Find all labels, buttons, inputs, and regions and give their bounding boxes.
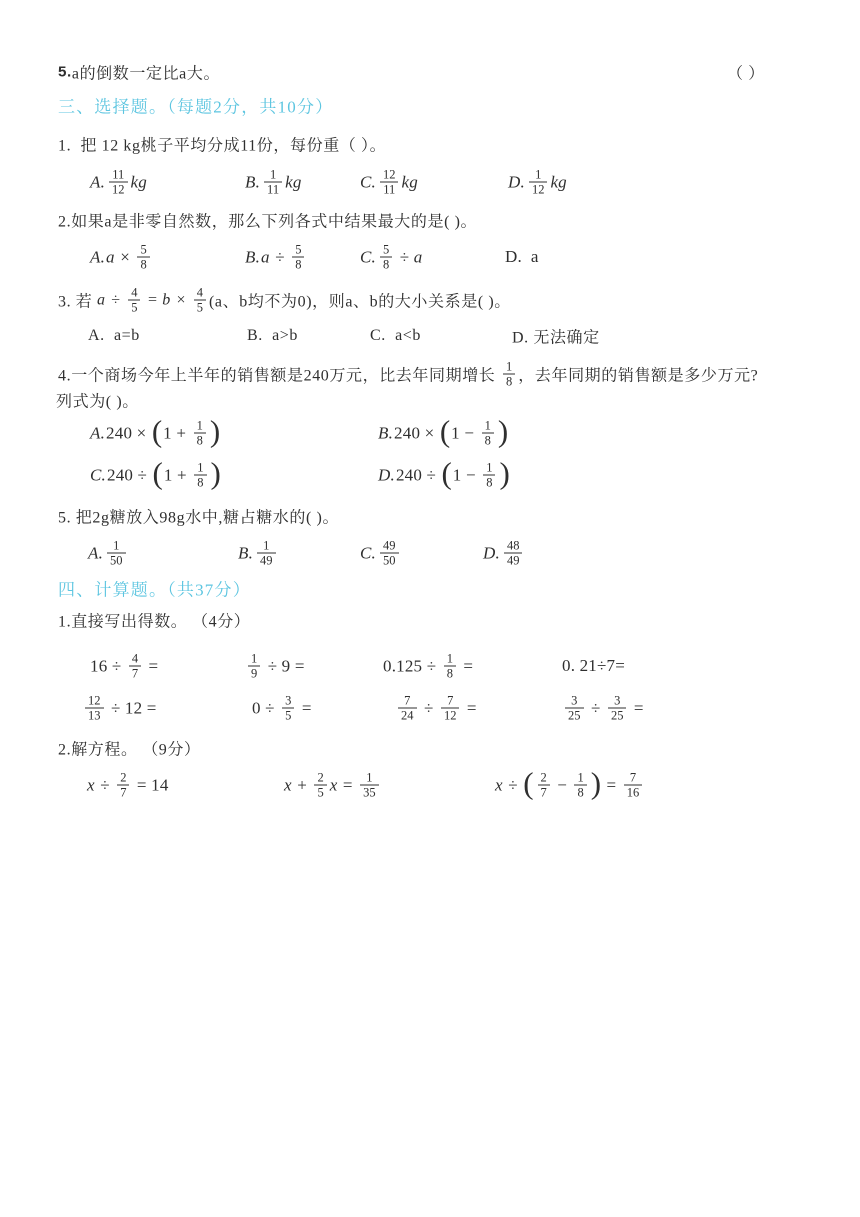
math-variable: kg [285, 172, 302, 192]
fraction: 4950 [380, 539, 399, 568]
text-run: 16 ÷ [90, 656, 126, 676]
numerator: 1 [503, 360, 515, 374]
choice-q2-options-item-0: A.a × 58 [90, 243, 153, 272]
numerator: 1 [483, 461, 495, 475]
text-run: 240 × [106, 423, 151, 443]
numerator: 1 [532, 168, 544, 182]
fraction: 25 [314, 771, 326, 800]
text-run: ÷ [420, 698, 438, 718]
text-run: 240 ÷ [396, 465, 441, 485]
numerator: 12 [85, 694, 104, 708]
math-variable: D. [508, 172, 526, 192]
big-paren: ( [441, 461, 451, 487]
text-run: 1 + [164, 465, 191, 485]
text-run: C. a<b [370, 327, 421, 345]
math-variable: A. [90, 423, 106, 443]
text-run: + [293, 775, 312, 795]
fraction: 58 [292, 243, 304, 272]
text-run: D. 无法确定 [512, 325, 600, 348]
text-run: 1.直接写出得数。 （4分） [58, 609, 250, 632]
math-variable: C. [360, 172, 377, 192]
numerator: 5 [292, 243, 304, 257]
text-run: = [297, 698, 311, 718]
text-run: ÷ [587, 698, 605, 718]
numerator: 3 [611, 694, 623, 708]
numerator: 7 [401, 694, 413, 708]
numerator: 3 [282, 694, 294, 708]
choice-q4-options-row1-item-1: B.240 × (1 − 18) [378, 419, 509, 448]
choice-q2-options-item-1: B.a ÷ 58 [245, 243, 307, 272]
text-run: 5. 把2g糖放入98g水中,糖占糖水的( )。 [58, 505, 339, 528]
numerator: 1 [482, 419, 494, 433]
fraction: 4849 [504, 539, 523, 568]
calc-part1-header-item-0: 1.直接写出得数。 （4分） [58, 609, 250, 632]
text-run: 列式为( )。 [56, 389, 139, 412]
denominator: 35 [360, 785, 379, 800]
big-paren: ) [211, 461, 221, 487]
math-variable: x [495, 775, 504, 795]
big-paren: ( [523, 771, 533, 797]
fraction: 112 [529, 168, 548, 197]
fraction: 18 [194, 461, 206, 490]
text-run: = [144, 656, 158, 676]
math-variable: C. [90, 465, 107, 485]
fraction: 19 [248, 652, 260, 681]
math-variable: x [330, 775, 339, 795]
numerator: 49 [380, 539, 399, 553]
equations-row-item-2: x ÷ (27 − 18) = 716 [495, 771, 645, 800]
text-run: B. a>b [247, 327, 298, 345]
denominator: 8 [482, 433, 494, 448]
fraction: 58 [380, 243, 392, 272]
denominator: 11 [264, 182, 282, 197]
numerator: 4 [129, 652, 141, 666]
fraction: 150 [107, 539, 126, 568]
denominator: 8 [483, 475, 495, 490]
text-run: × [116, 247, 135, 267]
numerator: 2 [538, 771, 550, 785]
fraction: 716 [624, 771, 643, 800]
math-variable: b [162, 291, 172, 309]
fraction: 47 [129, 652, 141, 681]
text-run: ，去年同期的销售额是多少万元? [518, 363, 758, 386]
denominator: 8 [444, 666, 456, 681]
denominator: 11 [380, 182, 398, 197]
denominator: 8 [194, 475, 206, 490]
text-run: 1. 把 12 kg桃子平均分成11份，每份重（ ）。 [58, 133, 386, 156]
denominator: 7 [129, 666, 141, 681]
text-run: a的倒数一定比a大。 [72, 61, 220, 84]
choice-q3-options-item-1: B. a>b [247, 327, 298, 345]
denominator: 8 [137, 257, 149, 272]
text-run: 240 ÷ [107, 465, 152, 485]
fraction: 35 [282, 694, 294, 723]
denominator: 25 [565, 708, 584, 723]
fraction: 325 [565, 694, 584, 723]
text-run: (a、b均不为0)，则a、b的大小关系是( )。 [209, 289, 511, 312]
numerator: 1 [194, 419, 206, 433]
text-run: 4.一个商场今年上半年的销售额是240万元，比去年同期增长 [58, 363, 500, 386]
fraction: 1213 [85, 694, 104, 723]
math-variable: a [106, 247, 116, 267]
math-variable: kg [402, 172, 419, 192]
math-variable: x [87, 775, 96, 795]
numerator: 12 [380, 168, 399, 182]
fraction: 58 [137, 243, 149, 272]
math-variable: B. [238, 543, 254, 563]
denominator: 8 [503, 374, 515, 389]
question-number: 5. [58, 64, 72, 81]
text-run: ÷ 12 = [107, 698, 157, 718]
numerator: 1 [110, 539, 122, 553]
choice-q3-options-item-3: D. 无法确定 [512, 325, 600, 348]
choice-q4-options-row2-item-1: D.240 ÷ (1 − 18) [378, 461, 511, 490]
math-variable: C. [360, 247, 377, 267]
section-3-header-item-0: 三、选择题。（每题2分，共10分） [58, 93, 333, 118]
calc-part2-header-item-0: 2.解方程。 （9分） [58, 737, 201, 760]
fraction: 1112 [109, 168, 128, 197]
calc-row1-item-1: 19 ÷ 9 = [245, 652, 305, 681]
text-run: 0. 21÷7= [562, 656, 625, 676]
equations-row-item-1: x + 25x = 135 [284, 771, 382, 800]
denominator: 12 [441, 708, 460, 723]
math-variable: B. [378, 423, 394, 443]
fraction: 135 [360, 771, 379, 800]
numerator: 2 [314, 771, 326, 785]
big-paren: ) [499, 461, 509, 487]
text-run: ÷ [504, 775, 522, 795]
math-variable: kg [550, 172, 567, 192]
denominator: 24 [398, 708, 417, 723]
text-run: = [338, 775, 357, 795]
denominator: 9 [248, 666, 260, 681]
fraction: 45 [194, 286, 206, 315]
big-paren: ( [152, 419, 162, 445]
big-paren: ( [440, 419, 450, 445]
calc-row1-item-2: 0.125 ÷ 18 = [383, 652, 473, 681]
denominator: 50 [107, 553, 126, 568]
numerator: 3 [568, 694, 580, 708]
choice-q1-stem-item-0: 1. 把 12 kg桃子平均分成11份，每份重（ ）。 [58, 133, 386, 156]
denominator: 8 [574, 785, 586, 800]
choice-q4-options-row2-item-0: C.240 ÷ (1 + 18) [90, 461, 222, 490]
text-run: 2.如果a是非零自然数，那么下列各式中结果最大的是( )。 [58, 209, 477, 232]
fraction: 18 [503, 360, 515, 389]
choice-q5-options-item-0: A.150 [88, 539, 129, 568]
denominator: 8 [292, 257, 304, 272]
choice-q1-options-item-0: A.1112kg [90, 168, 148, 197]
calc-row2-item-3: 325 ÷ 325 = [562, 694, 644, 723]
big-paren: ( [153, 461, 163, 487]
math-variable: D. [483, 543, 501, 563]
numerator: 7 [627, 771, 639, 785]
fraction: 712 [441, 694, 460, 723]
text-run: 0.125 ÷ [383, 656, 441, 676]
denominator: 8 [380, 257, 392, 272]
big-paren: ) [591, 771, 601, 797]
numerator: 1 [260, 539, 272, 553]
numerator: 1 [363, 771, 375, 785]
choice-q3-stem-item-0: 3. 若 a ÷ 45 = b × 45(a、b均不为0)，则a、b的大小关系是… [58, 286, 511, 315]
choice-q2-options-item-2: C.58 ÷ a [360, 243, 423, 272]
numerator: 7 [444, 694, 456, 708]
text-run: ÷ [271, 247, 289, 267]
fraction: 27 [117, 771, 129, 800]
text-run: ÷ 9 = [263, 656, 304, 676]
fraction: 18 [483, 461, 495, 490]
text-run: 240 × [394, 423, 439, 443]
equations-row-item-0: x ÷ 27 = 14 [87, 771, 169, 800]
choice-q2-options-item-3: D. a [505, 247, 539, 267]
choice-q1-options-item-3: D.112kg [508, 168, 568, 197]
numerator: 2 [117, 771, 129, 785]
fraction: 18 [482, 419, 494, 448]
numerator: 1 [267, 168, 279, 182]
fraction: 18 [194, 419, 206, 448]
denominator: 16 [624, 785, 643, 800]
text-run: = [629, 698, 643, 718]
denominator: 5 [128, 300, 140, 315]
text-run: 1 − [453, 465, 480, 485]
numerator: 4 [194, 286, 206, 300]
text-run: A. a=b [88, 327, 140, 345]
math-variable: a [414, 247, 424, 267]
text-run: ÷ [107, 291, 126, 309]
text-run: ÷ [96, 775, 114, 795]
calc-row2-item-2: 724 ÷ 712 = [395, 694, 477, 723]
fraction: 1211 [380, 168, 399, 197]
fraction: 724 [398, 694, 417, 723]
numerator: 5 [380, 243, 392, 257]
choice-q4-stem-line2-item-0: 列式为( )。 [56, 389, 139, 412]
text-run: = [143, 291, 162, 309]
fraction: 111 [264, 168, 282, 197]
denominator: 12 [529, 182, 548, 197]
choice-q1-options-item-2: C.1211kg [360, 168, 419, 197]
choice-q1-options-item-1: B.111kg [245, 168, 303, 197]
denominator: 12 [109, 182, 128, 197]
text-run: 0 ÷ [252, 698, 279, 718]
numerator: 1 [444, 652, 456, 666]
denominator: 13 [85, 708, 104, 723]
fraction: 27 [538, 771, 550, 800]
math-variable: A. [90, 247, 106, 267]
choice-q3-options-item-0: A. a=b [88, 327, 140, 345]
denominator: 8 [194, 433, 206, 448]
judgement-question-5-item-1: （ ） [727, 61, 765, 84]
text-run: − [553, 775, 572, 795]
text-run: × [172, 291, 191, 309]
choice-q5-stem-item-0: 5. 把2g糖放入98g水中,糖占糖水的( )。 [58, 505, 339, 528]
document-page: 5.a的倒数一定比a大。（ ） 三、选择题。（每题2分，共10分） 1. 把 1… [0, 0, 860, 1217]
choice-q4-options-row1-item-0: A.240 × (1 + 18) [90, 419, 221, 448]
choice-q5-options-item-1: B.149 [238, 539, 279, 568]
math-variable: C. [360, 543, 377, 563]
calc-row2-item-1: 0 ÷ 35 = [252, 694, 312, 723]
numerator: 1 [574, 771, 586, 785]
numerator: 1 [248, 652, 260, 666]
choice-q5-options-item-3: D.4849 [483, 539, 525, 568]
text-run: 2.解方程。 （9分） [58, 737, 201, 760]
numerator: 4 [128, 286, 140, 300]
text-run: （ ） [727, 61, 765, 84]
denominator: 7 [117, 785, 129, 800]
fraction: 325 [608, 694, 627, 723]
math-variable: x [284, 775, 293, 795]
fraction: 45 [128, 286, 140, 315]
math-variable: D. [378, 465, 396, 485]
fraction: 18 [574, 771, 586, 800]
denominator: 5 [194, 300, 206, 315]
denominator: 25 [608, 708, 627, 723]
denominator: 5 [314, 785, 326, 800]
calc-row2-item-0: 1213 ÷ 12 = [82, 694, 157, 723]
choice-q4-stem-line1-item-0: 4.一个商场今年上半年的销售额是240万元，比去年同期增长 18，去年同期的销售… [58, 360, 758, 389]
text-run: = [459, 656, 473, 676]
denominator: 7 [538, 785, 550, 800]
numerator: 5 [137, 243, 149, 257]
text-run: = [462, 698, 476, 718]
fraction: 18 [444, 652, 456, 681]
math-variable: kg [131, 172, 148, 192]
math-variable: A. [90, 172, 106, 192]
text-run: 3. 若 [58, 289, 97, 312]
choice-q5-options-item-2: C.4950 [360, 539, 402, 568]
text-run: 三、选择题。（每题2分，共10分） [58, 93, 333, 118]
calc-row1-item-0: 16 ÷ 47 = [90, 652, 158, 681]
denominator: 49 [504, 553, 523, 568]
denominator: 49 [257, 553, 276, 568]
text-run: = [602, 775, 621, 795]
denominator: 5 [282, 708, 294, 723]
choice-q3-options-item-2: C. a<b [370, 327, 421, 345]
math-variable: B. [245, 247, 261, 267]
big-paren: ) [498, 419, 508, 445]
text-run: 1 − [451, 423, 478, 443]
judgement-question-5-item-0: 5.a的倒数一定比a大。 [58, 61, 220, 84]
choice-q2-stem-item-0: 2.如果a是非零自然数，那么下列各式中结果最大的是( )。 [58, 209, 477, 232]
text-run: ÷ [395, 247, 413, 267]
math-variable: a [261, 247, 271, 267]
math-variable: A. [88, 543, 104, 563]
fraction: 149 [257, 539, 276, 568]
math-variable: B. [245, 172, 261, 192]
big-paren: ) [210, 419, 220, 445]
math-variable: a [97, 291, 107, 309]
calc-row1-item-3: 0. 21÷7= [562, 656, 625, 676]
text-run: 1 + [163, 423, 190, 443]
text-run: = 14 [132, 775, 168, 795]
text-run: 四、计算题。（共37分） [58, 576, 251, 601]
text-run: D. a [505, 247, 539, 267]
numerator: 1 [194, 461, 206, 475]
numerator: 11 [109, 168, 127, 182]
numerator: 48 [504, 539, 523, 553]
denominator: 50 [380, 553, 399, 568]
section-4-header-item-0: 四、计算题。（共37分） [58, 576, 251, 601]
